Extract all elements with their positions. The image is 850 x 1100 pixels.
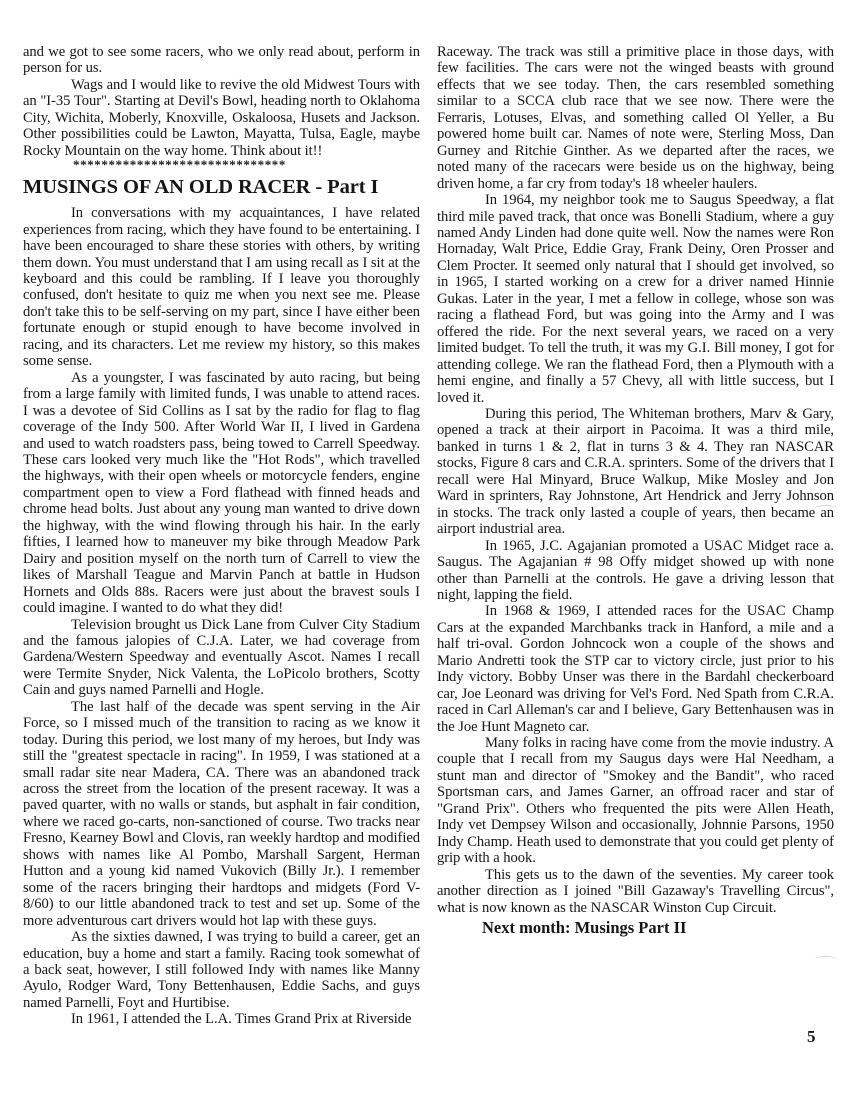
scan-artifact: [815, 956, 837, 963]
page-number: 5: [807, 1027, 816, 1047]
article-paragraph: In 1968 & 1969, I attended races for the…: [437, 603, 834, 735]
article-paragraph: The last half of the decade was spent se…: [23, 699, 420, 929]
intro-paragraph: Wags and I would like to revive the old …: [23, 77, 420, 159]
article-paragraph: In conversations with my acquaintances, …: [23, 205, 420, 370]
article-paragraph: Many folks in racing have come from the …: [437, 735, 834, 867]
article-paragraph: In 1961, I attended the L.A. Times Grand…: [23, 1011, 420, 1027]
next-month-teaser: Next month: Musings Part II: [482, 918, 834, 938]
left-column: and we got to see some racers, who we on…: [23, 44, 420, 1028]
newsletter-page: and we got to see some racers, who we on…: [0, 0, 850, 1100]
section-separator: ******************************: [73, 159, 420, 173]
article-paragraph: During this period, The Whiteman brother…: [437, 406, 834, 538]
intro-continuation: and we got to see some racers, who we on…: [23, 44, 420, 77]
article-paragraph: As the sixties dawned, I was trying to b…: [23, 929, 420, 1011]
right-column: Raceway. The track was still a primitive…: [437, 44, 834, 938]
scan-artifact: [815, 505, 837, 512]
article-paragraph: Television brought us Dick Lane from Cul…: [23, 617, 420, 699]
article-headline: MUSINGS OF AN OLD RACER - Part I: [23, 175, 420, 199]
article-paragraph: As a youngster, I was fascinated by auto…: [23, 370, 420, 617]
article-paragraph: In 1964, my neighbor took me to Saugus S…: [437, 192, 834, 406]
article-paragraph: This gets us to the dawn of the seventie…: [437, 867, 834, 916]
article-paragraph: Raceway. The track was still a primitive…: [437, 44, 834, 192]
article-paragraph: In 1965, J.C. Agajanian promoted a USAC …: [437, 538, 834, 604]
